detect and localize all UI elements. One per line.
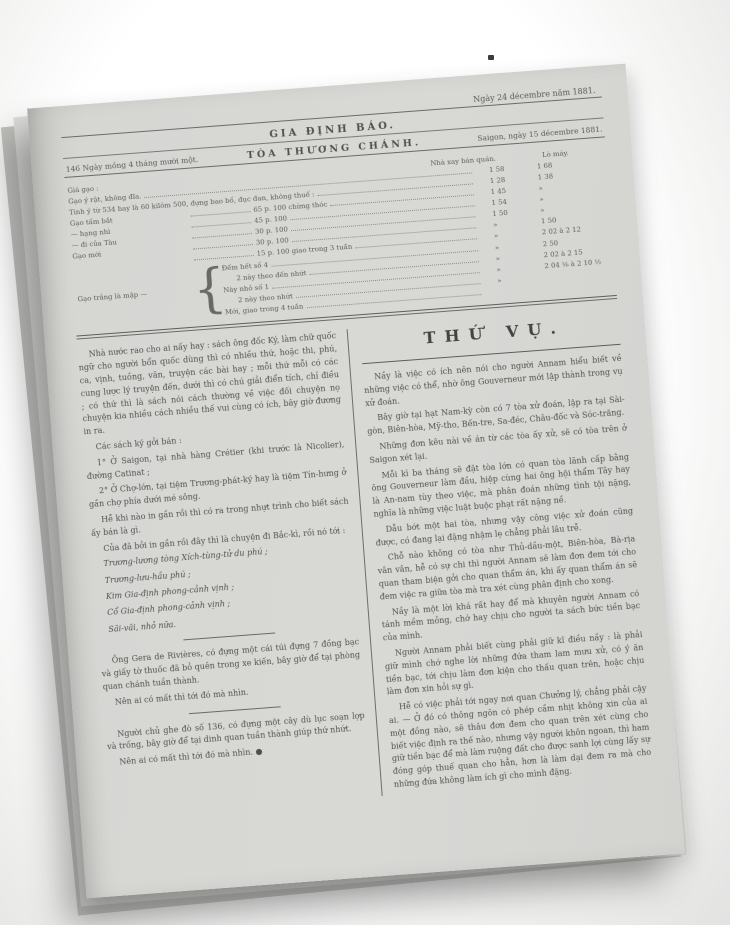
thu-vu-heading: THỨ VỤ. [360,311,620,356]
price-value [484,290,542,294]
brace-group-label: Gạo trắng là mập — [77,289,147,305]
section-divider [183,633,275,641]
dotted-leader [193,240,253,250]
scanner-ink-speck [488,55,494,60]
dotted-leader [191,218,251,228]
section-divider [188,706,280,714]
newspaper-page: Ngày 24 décembre năm 1881. GIA ĐỊNH BÁO.… [27,64,685,899]
paragraph: Hễ có việc phải tới ngay nơi quan Chưởng… [388,683,653,792]
body-columns: Nhà nước rao cho ai nấy hay : sách ông đ… [77,309,653,816]
paragraph: Nhà nước rao cho ai nấy hay : sách ông đ… [77,330,342,439]
left-column: Nhà nước rao cho ai nấy hay : sách ông đ… [77,330,382,816]
book-list: Trương-lương tòng Xích-tùng-tử du phú ; … [93,540,357,637]
right-column: THỨ VỤ. Nầy là việc có ích nên nói cho n… [348,309,653,795]
price-value [542,285,614,290]
page-content: Ngày 24 décembre năm 1881. GIA ĐỊNH BÁO.… [27,64,685,899]
dotted-leader [192,229,252,239]
brace-glyph: { [191,259,228,319]
